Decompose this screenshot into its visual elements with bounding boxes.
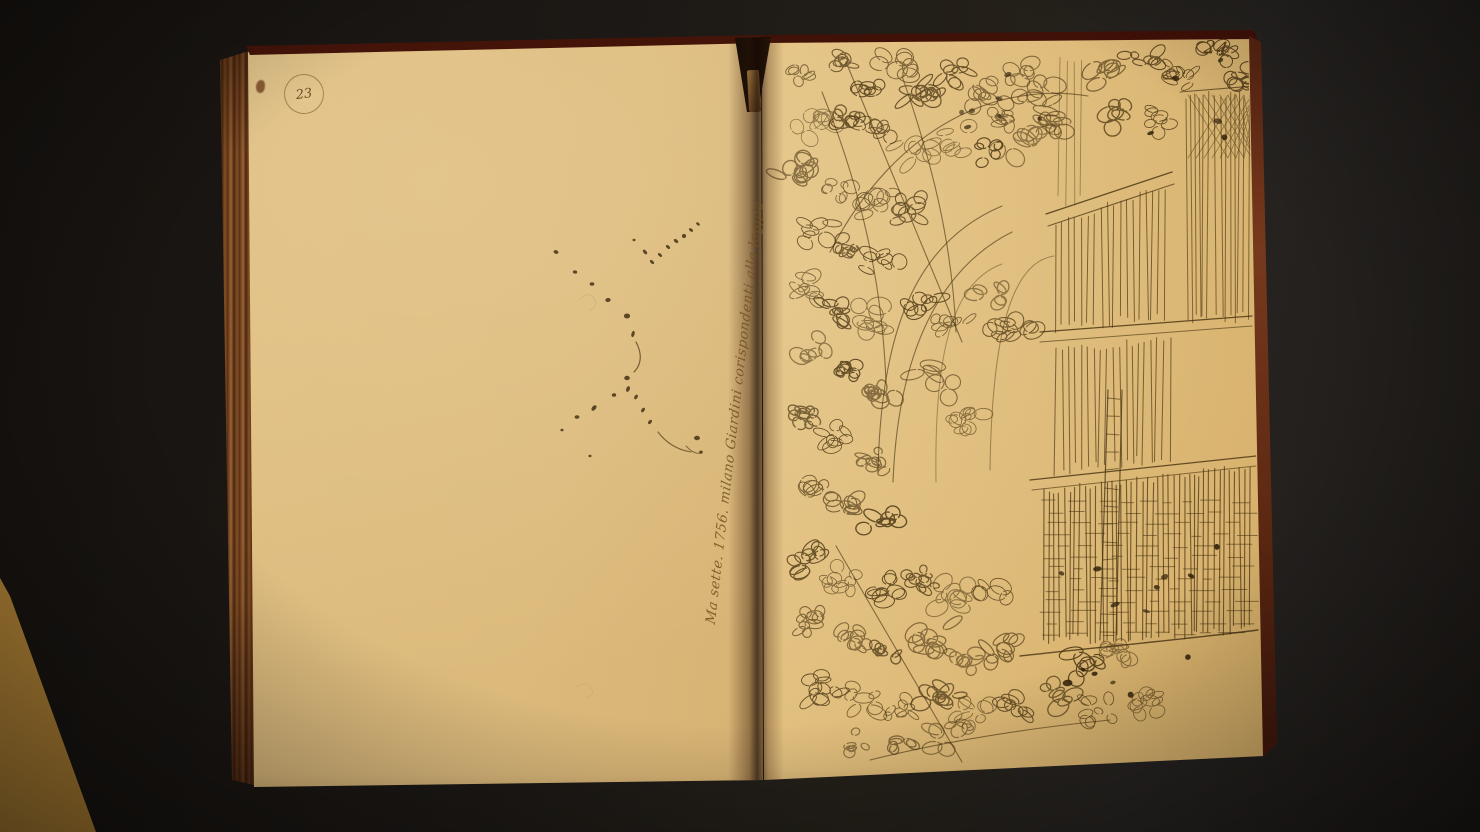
garden-loggia-sketch: [0, 0, 1480, 832]
photograph-of-sketchbook: 23 Ma sette. 1756. milano Giardini coris…: [0, 0, 1480, 832]
page-number: 24: [1203, 37, 1230, 61]
